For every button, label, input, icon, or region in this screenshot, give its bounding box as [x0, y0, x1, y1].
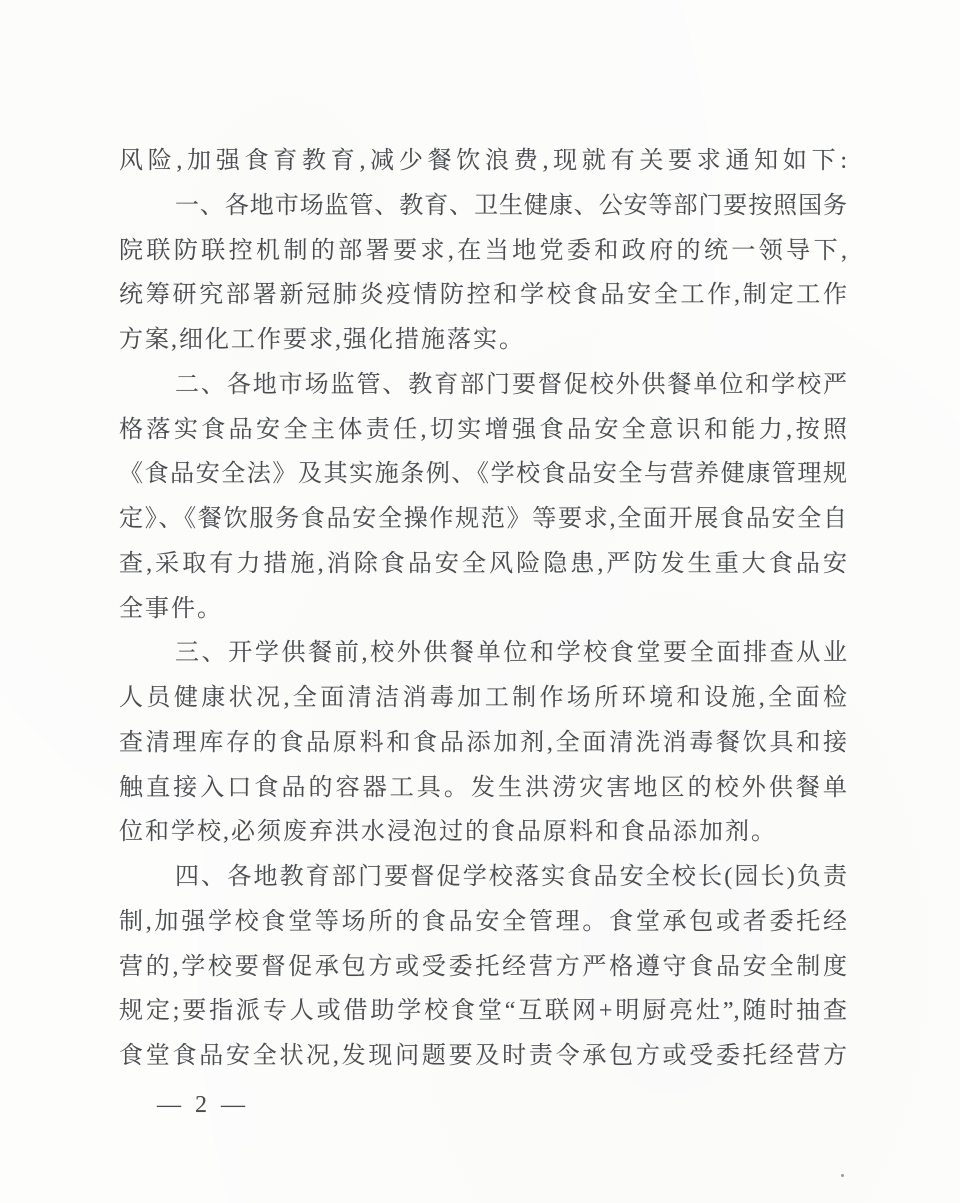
text-line: 格落实食品安全主体责任,切实增强食品安全意识和能力,按照 — [119, 408, 847, 453]
text-line: 位和学校,必须废弃洪水浸泡过的食品原料和食品添加剂。 — [119, 810, 847, 855]
text-line: 查,采取有力措施,消除食品安全风险隐患,严防发生重大食品安 — [119, 542, 847, 587]
text-line: 四、各地教育部门要督促学校落实食品安全校长(园长)负责 — [119, 855, 847, 900]
text-line: 统筹研究部署新冠肺炎疫情防控和学校食品安全工作,制定工作 — [119, 273, 847, 318]
text-line: 食堂食品安全状况,发现问题要及时责令承包方或受委托经营方 — [119, 1034, 847, 1079]
page-number: — 2 — — [157, 1085, 249, 1125]
text-line: 方案,细化工作要求,强化措施落实。 — [119, 318, 847, 363]
text-line: 规定;要指派专人或借助学校食堂“互联网+明厨亮灶”,随时抽查 — [119, 989, 847, 1034]
paragraph: 三、开学供餐前,校外供餐单位和学校食堂要全面排查从业人员健康状况,全面清洁消毒加… — [119, 631, 847, 855]
text-line: 一、各地市场监管、教育、卫生健康、公安等部门要按照国务 — [119, 184, 847, 229]
text-line: 三、开学供餐前,校外供餐单位和学校食堂要全面排查从业 — [119, 631, 847, 676]
scan-speck — [841, 1174, 844, 1177]
text-line: 风险,加强食育教育,减少餐饮浪费,现就有关要求通知如下: — [119, 139, 847, 184]
text-line: 触直接入口食品的容器工具。发生洪涝灾害地区的校外供餐单 — [119, 766, 847, 811]
text-line: 制,加强学校食堂等场所的食品安全管理。食堂承包或者委托经 — [119, 900, 847, 945]
paragraph: 风险,加强食育教育,减少餐饮浪费,现就有关要求通知如下: — [119, 139, 847, 184]
text-line: 人员健康状况,全面清洁消毒加工制作场所环境和设施,全面检 — [119, 676, 847, 721]
document-page: 风险,加强食育教育,减少餐饮浪费,现就有关要求通知如下:一、各地市场监管、教育、… — [0, 0, 960, 1203]
text-line: 二、各地市场监管、教育部门要督促校外供餐单位和学校严 — [119, 363, 847, 408]
text-line: 查清理库存的食品原料和食品添加剂,全面清洗消毒餐饮具和接 — [119, 721, 847, 766]
text-line: 全事件。 — [119, 587, 847, 632]
body-text: 风险,加强食育教育,减少餐饮浪费,现就有关要求通知如下:一、各地市场监管、教育、… — [119, 139, 847, 1079]
text-line: 《食品安全法》及其实施条例、《学校食品安全与营养健康管理规 — [119, 452, 847, 497]
paragraph: 四、各地教育部门要督促学校落实食品安全校长(园长)负责制,加强学校食堂等场所的食… — [119, 855, 847, 1079]
text-line: 院联防联控机制的部署要求,在当地党委和政府的统一领导下, — [119, 229, 847, 274]
text-line: 营的,学校要督促承包方或受委托经营方严格遵守食品安全制度 — [119, 945, 847, 990]
paragraph: 一、各地市场监管、教育、卫生健康、公安等部门要按照国务院联防联控机制的部署要求,… — [119, 184, 847, 363]
text-line: 定》、《餐饮服务食品安全操作规范》等要求,全面开展食品安全自 — [119, 497, 847, 542]
paragraph: 二、各地市场监管、教育部门要督促校外供餐单位和学校严格落实食品安全主体责任,切实… — [119, 363, 847, 632]
